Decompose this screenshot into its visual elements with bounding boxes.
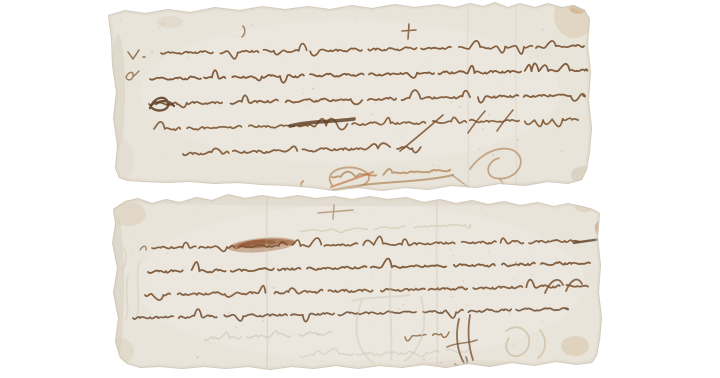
manuscript-bottom-artwork	[0, 0, 720, 378]
photo-canvas: illegible early-modern cursive, iron-gal…	[0, 0, 720, 378]
manuscript-bottom: illegible early-modern cursive, iron-gal…	[0, 0, 720, 378]
manuscript-bottom-caption: illegible early-modern cursive, iron-gal…	[0, 0, 1, 1]
